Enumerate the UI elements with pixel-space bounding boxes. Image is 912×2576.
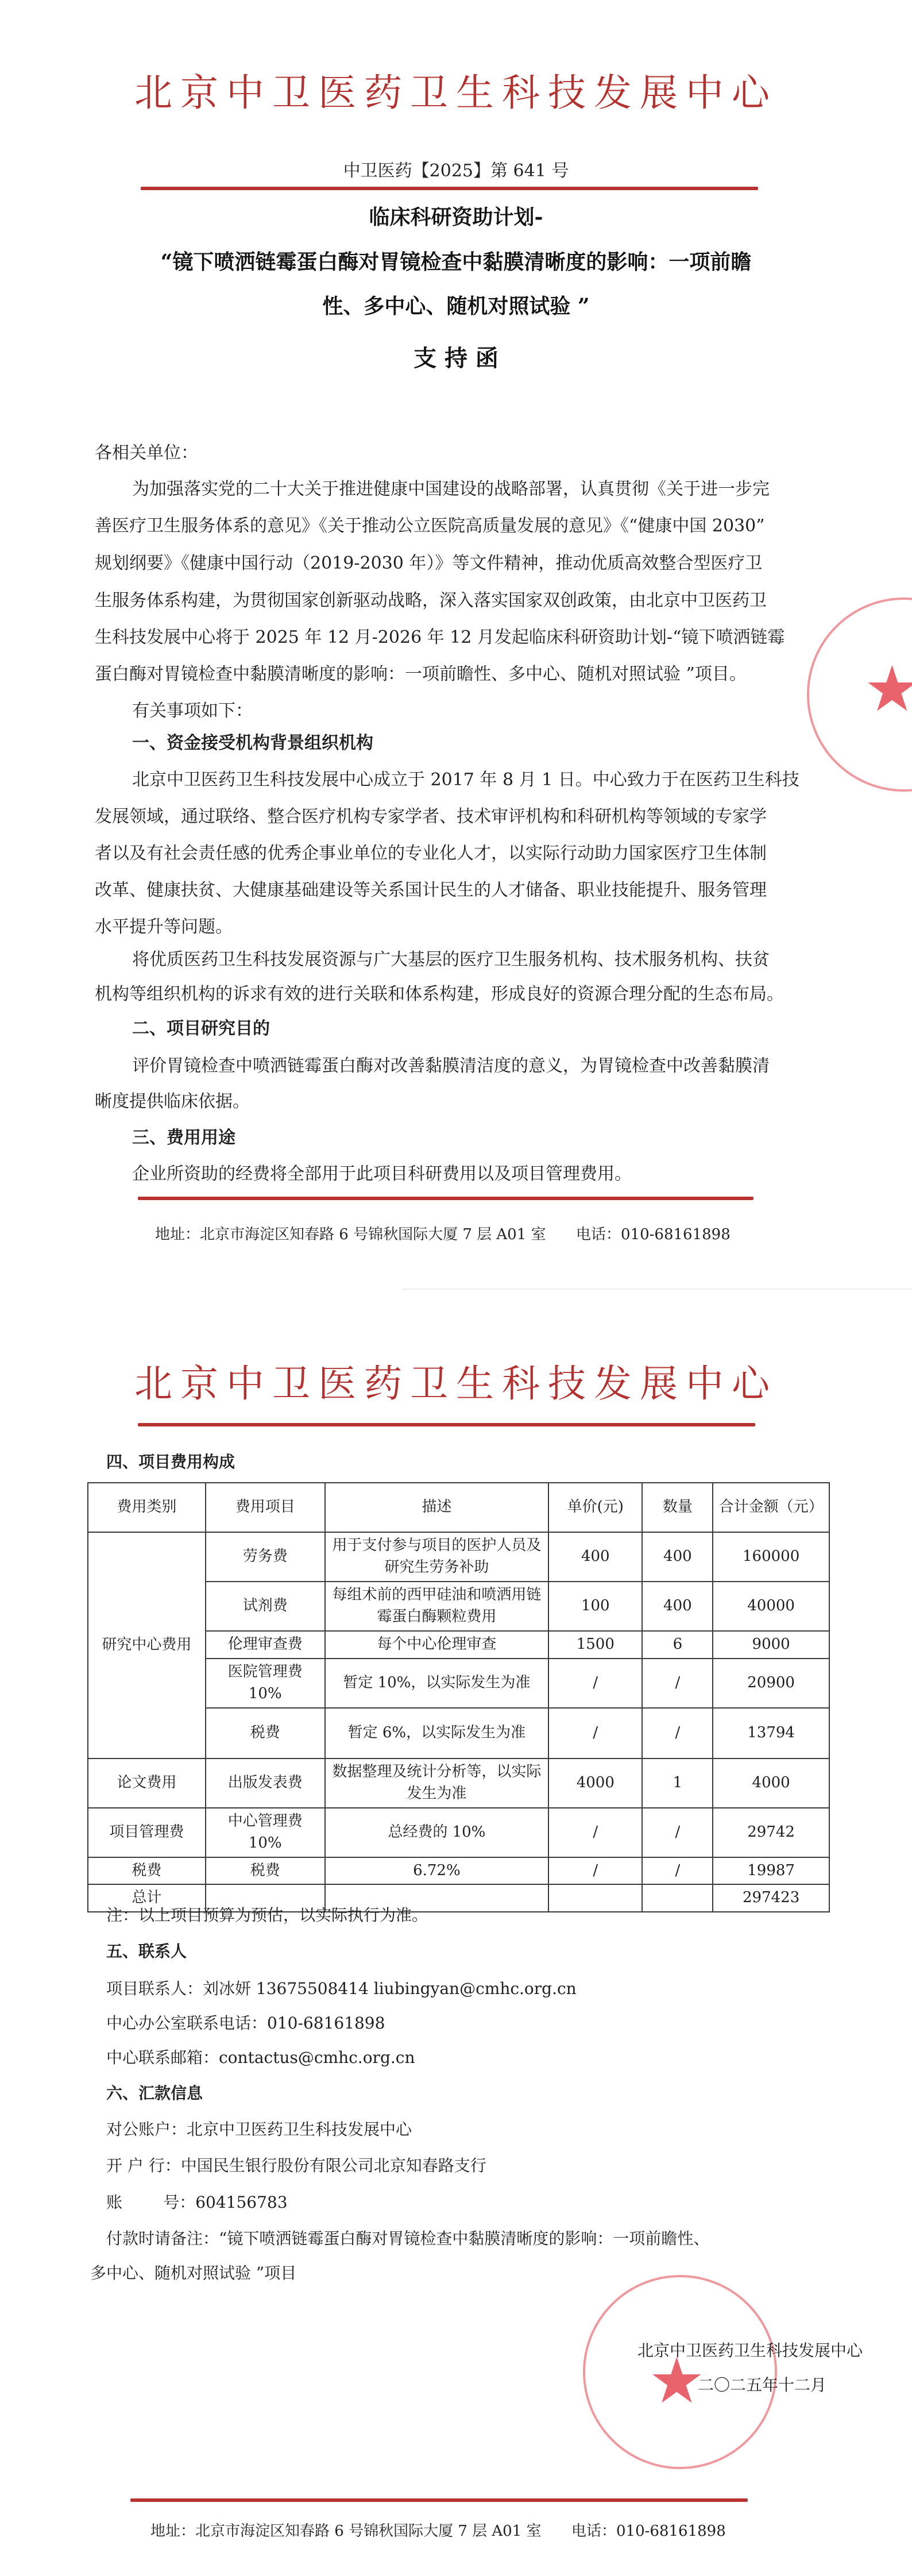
letterhead-title: 北京中卫医药卫生科技发展中心	[0, 1353, 912, 1407]
section-1-line: 改革、健康扶贫、大健康基础建设等关系国计民生的人才储备、职业技能提升、服务管理	[95, 876, 767, 901]
cell-price: 100	[548, 1582, 642, 1631]
cell-price: /	[548, 1708, 642, 1759]
cell-desc: 总经费的 10%	[325, 1808, 549, 1857]
cell-price: 1500	[548, 1631, 642, 1659]
signature-org: 北京中卫医药卫生科技发展中心	[637, 2338, 863, 2361]
matters-intro: 有关事项如下：	[132, 696, 253, 722]
table-header-row: 费用类别 费用项目 描述 单价(元) 数量 合计金额（元）	[88, 1483, 829, 1532]
section-1-line: 北京中卫医药卫生科技发展中心成立于 2017 年 8 月 1 日。中心致力于在医…	[132, 765, 799, 790]
cell-price: /	[548, 1659, 642, 1708]
cell-total: 29742	[713, 1808, 829, 1857]
budget-table: 费用类别 费用项目 描述 单价(元) 数量 合计金额（元） 研究中心费用 劳务费…	[87, 1482, 830, 1912]
cell-item: 伦理审查费	[206, 1631, 325, 1659]
cell-total: 13794	[713, 1708, 829, 1759]
section-1-heading: 一、资金接受机构背景组织机构	[132, 728, 373, 754]
section-2-heading: 二、项目研究目的	[132, 1014, 270, 1039]
cell-item: 税费	[206, 1857, 325, 1885]
cell-price: /	[548, 1808, 642, 1857]
section-1-line: 者以及有社会责任感的优秀企事业单位的专业化人才，以实际行动助力国家医疗卫生体制	[95, 839, 767, 864]
cell-price: 4000	[548, 1759, 642, 1808]
section-3-heading: 三、费用用途	[132, 1123, 235, 1148]
cell-item: 劳务费	[206, 1532, 325, 1582]
office-phone: 中心办公室联系电话：010-68161898	[106, 2011, 385, 2034]
category-research-center: 研究中心费用	[88, 1532, 206, 1759]
subtitle-line-1: 临床科研资助计划-	[0, 201, 912, 230]
page-1: 北京中卫医药卫生科技发展中心 中卫医药【2025】第 641 号 临床科研资助计…	[0, 0, 912, 1275]
account-name: 对公账户：北京中卫医药卫生科技发展中心	[106, 2117, 412, 2140]
table-row: 研究中心费用 劳务费 用于支付参与项目的医护人员及研究生劳务补助 400 400…	[88, 1532, 829, 1582]
project-contact: 项目联系人：刘冰妍 13675508414 liubingyan@cmhc.or…	[106, 1976, 577, 1999]
cell-qty: 1	[642, 1759, 713, 1808]
header-red-rule	[141, 187, 758, 190]
footer-address: 地址：北京市海淀区知春路 6 号锦秋国际大厦 7 层 A01 室	[150, 2519, 542, 2540]
cell-category: 项目管理费	[88, 1808, 206, 1857]
letterhead-title: 北京中卫医药卫生科技发展中心	[0, 62, 912, 117]
header-red-rule	[138, 1423, 755, 1426]
footer-phone: 电话：010-68161898	[571, 2519, 726, 2540]
signature-seal: ★	[583, 2275, 777, 2469]
header-unit-price: 单价(元)	[548, 1483, 642, 1532]
center-email: 中心联系邮箱：contactus@cmhc.org.cn	[106, 2045, 415, 2068]
cell-item: 中心管理费 10%	[206, 1808, 325, 1857]
cell-qty: /	[642, 1708, 713, 1759]
section-1-line: 发展领域，通过联络、整合医疗机构专家学者、技术审评机构和科研机构等领域的专家学	[95, 802, 767, 827]
cell-total: 40000	[713, 1582, 829, 1631]
cell-qty: /	[642, 1808, 713, 1857]
footer-address: 地址：北京市海淀区知春路 6 号锦秋国际大厦 7 层 A01 室	[155, 1223, 546, 1244]
cell-total: 4000	[713, 1759, 829, 1808]
intro-line: 生服务体系构建，为贯彻国家创新驱动战略，深入落实国家双创政策，由北京中卫医药卫	[95, 586, 767, 611]
section-2-line: 评价胃镜检查中喷洒链霉蛋白酶对改善黏膜清洁度的意义，为胃镜检查中改善黏膜清	[132, 1051, 770, 1077]
section-3-line: 企业所资助的经费将全部用于此项目科研费用以及项目管理费用。	[132, 1159, 632, 1185]
table-row-paper: 论文费用 出版发表费 数据整理及统计分析等，以实际发生为准 4000 1 400…	[88, 1759, 829, 1808]
salutation: 各相关单位：	[95, 438, 198, 464]
cell-qty: 400	[642, 1532, 713, 1582]
footer-phone: 电话：010-68161898	[576, 1223, 731, 1244]
section-5-heading: 五、联系人	[106, 1939, 187, 1962]
header-item: 费用项目	[206, 1483, 325, 1532]
table-row-tax: 税费 税费 6.72% / / 19987	[88, 1857, 829, 1885]
cell-qty: /	[642, 1659, 713, 1708]
cell-desc: 用于支付参与项目的医护人员及研究生劳务补助	[325, 1532, 549, 1582]
section-1-line: 将优质医药卫生科技发展资源与广大基层的医疗卫生服务机构、技术服务机构、扶贫	[132, 945, 770, 970]
section-6-heading: 六、汇款信息	[106, 2081, 203, 2104]
cell-desc: 每个中心伦理审查	[325, 1631, 549, 1659]
cell-qty: /	[642, 1857, 713, 1885]
payment-remark-line: 多中心、随机对照试验 ”项目	[90, 2261, 296, 2284]
letter-type-title: 支 持 函	[0, 340, 912, 373]
budget-note: 注：以上项目预算为预估，以实际执行为准。	[106, 1903, 428, 1926]
cell-price: 400	[548, 1532, 642, 1582]
header-description: 描述	[325, 1483, 549, 1532]
cell-desc: 6.72%	[325, 1857, 549, 1885]
section-1-line: 机构等组织机构的诉求有效的进行关联和体系构建，形成良好的资源合理分配的生态布局。	[95, 980, 784, 1005]
footer-red-rule	[130, 2498, 748, 2502]
cell-grand-total: 297423	[713, 1884, 829, 1912]
intro-line: 规划纲要》《健康中国行动（2019-2030 年）》等文件精神，推动优质高效整合…	[95, 549, 762, 574]
cell-qty: 6	[642, 1631, 713, 1659]
cell-item: 税费	[206, 1708, 325, 1759]
cell-item: 出版发表费	[206, 1759, 325, 1808]
intro-line: 为加强落实党的二十大关于推进健康中国建设的战略部署，认真贯彻《关于进一步完	[132, 475, 770, 500]
cell-total: 20900	[713, 1659, 829, 1708]
signature-date: 二〇二五年十二月	[698, 2373, 826, 2396]
cell-desc: 数据整理及统计分析等，以实际发生为准	[325, 1759, 549, 1808]
intro-line: 善医疗卫生服务体系的意见》《关于推动公立医院高质量发展的意见》《“健康中国 20…	[95, 511, 765, 537]
cell-total: 160000	[713, 1532, 829, 1582]
cell-total: 19987	[713, 1857, 829, 1885]
header-category: 费用类别	[88, 1483, 206, 1532]
subtitle-line-2: “镜下喷洒链霉蛋白酶对胃镜检查中黏膜清晰度的影响：一项前瞻	[0, 246, 912, 275]
cell-category: 论文费用	[88, 1759, 206, 1808]
official-seal: ★	[807, 597, 912, 792]
account-number: 账 号：604156783	[106, 2190, 288, 2213]
intro-line: 生科技发展中心将于 2025 年 12 月-2026 年 12 月发起临床科研资…	[95, 623, 785, 648]
cell-category: 税费	[88, 1857, 206, 1885]
section-1-line: 水平提升等问题。	[95, 912, 233, 938]
seal-star-icon: ★	[864, 657, 912, 720]
cell-desc: 暂定 10%，以实际发生为准	[325, 1659, 549, 1708]
header-quantity: 数量	[642, 1483, 713, 1532]
cell-desc: 暂定 6%，以实际发生为准	[325, 1708, 549, 1759]
cell-total: 9000	[713, 1631, 829, 1659]
cell-empty	[642, 1884, 713, 1912]
intro-line: 蛋白酶对胃镜检查中黏膜清晰度的影响：一项前瞻性、多中心、随机对照试验 ”项目。	[95, 660, 747, 685]
cell-item: 试剂费	[206, 1582, 325, 1631]
cell-desc: 每组术前的西甲硅油和喷洒用链霉蛋白酶颗粒费用	[325, 1582, 549, 1631]
cell-empty	[548, 1884, 642, 1912]
section-2-line: 晰度提供临床依据。	[95, 1087, 250, 1112]
section-4-heading: 四、项目费用构成	[106, 1449, 235, 1472]
cell-qty: 400	[642, 1582, 713, 1631]
cell-price: /	[548, 1857, 642, 1885]
document-number: 中卫医药【2025】第 641 号	[0, 156, 912, 182]
payment-remark-line: 付款时请备注：“镜下喷洒链霉蛋白酶对胃镜检查中黏膜清晰度的影响：一项前瞻性、	[106, 2226, 709, 2249]
table-row-management: 项目管理费 中心管理费 10% 总经费的 10% / / 29742	[88, 1808, 829, 1857]
footer-red-rule	[138, 1197, 753, 1200]
subtitle-line-3: 性、多中心、随机对照试验 ”	[0, 290, 912, 319]
cell-item: 医院管理费 10%	[206, 1659, 325, 1708]
bank-name: 开 户 行：中国民生银行股份有限公司北京知春路支行	[106, 2153, 486, 2176]
header-total: 合计金额（元）	[713, 1483, 829, 1532]
